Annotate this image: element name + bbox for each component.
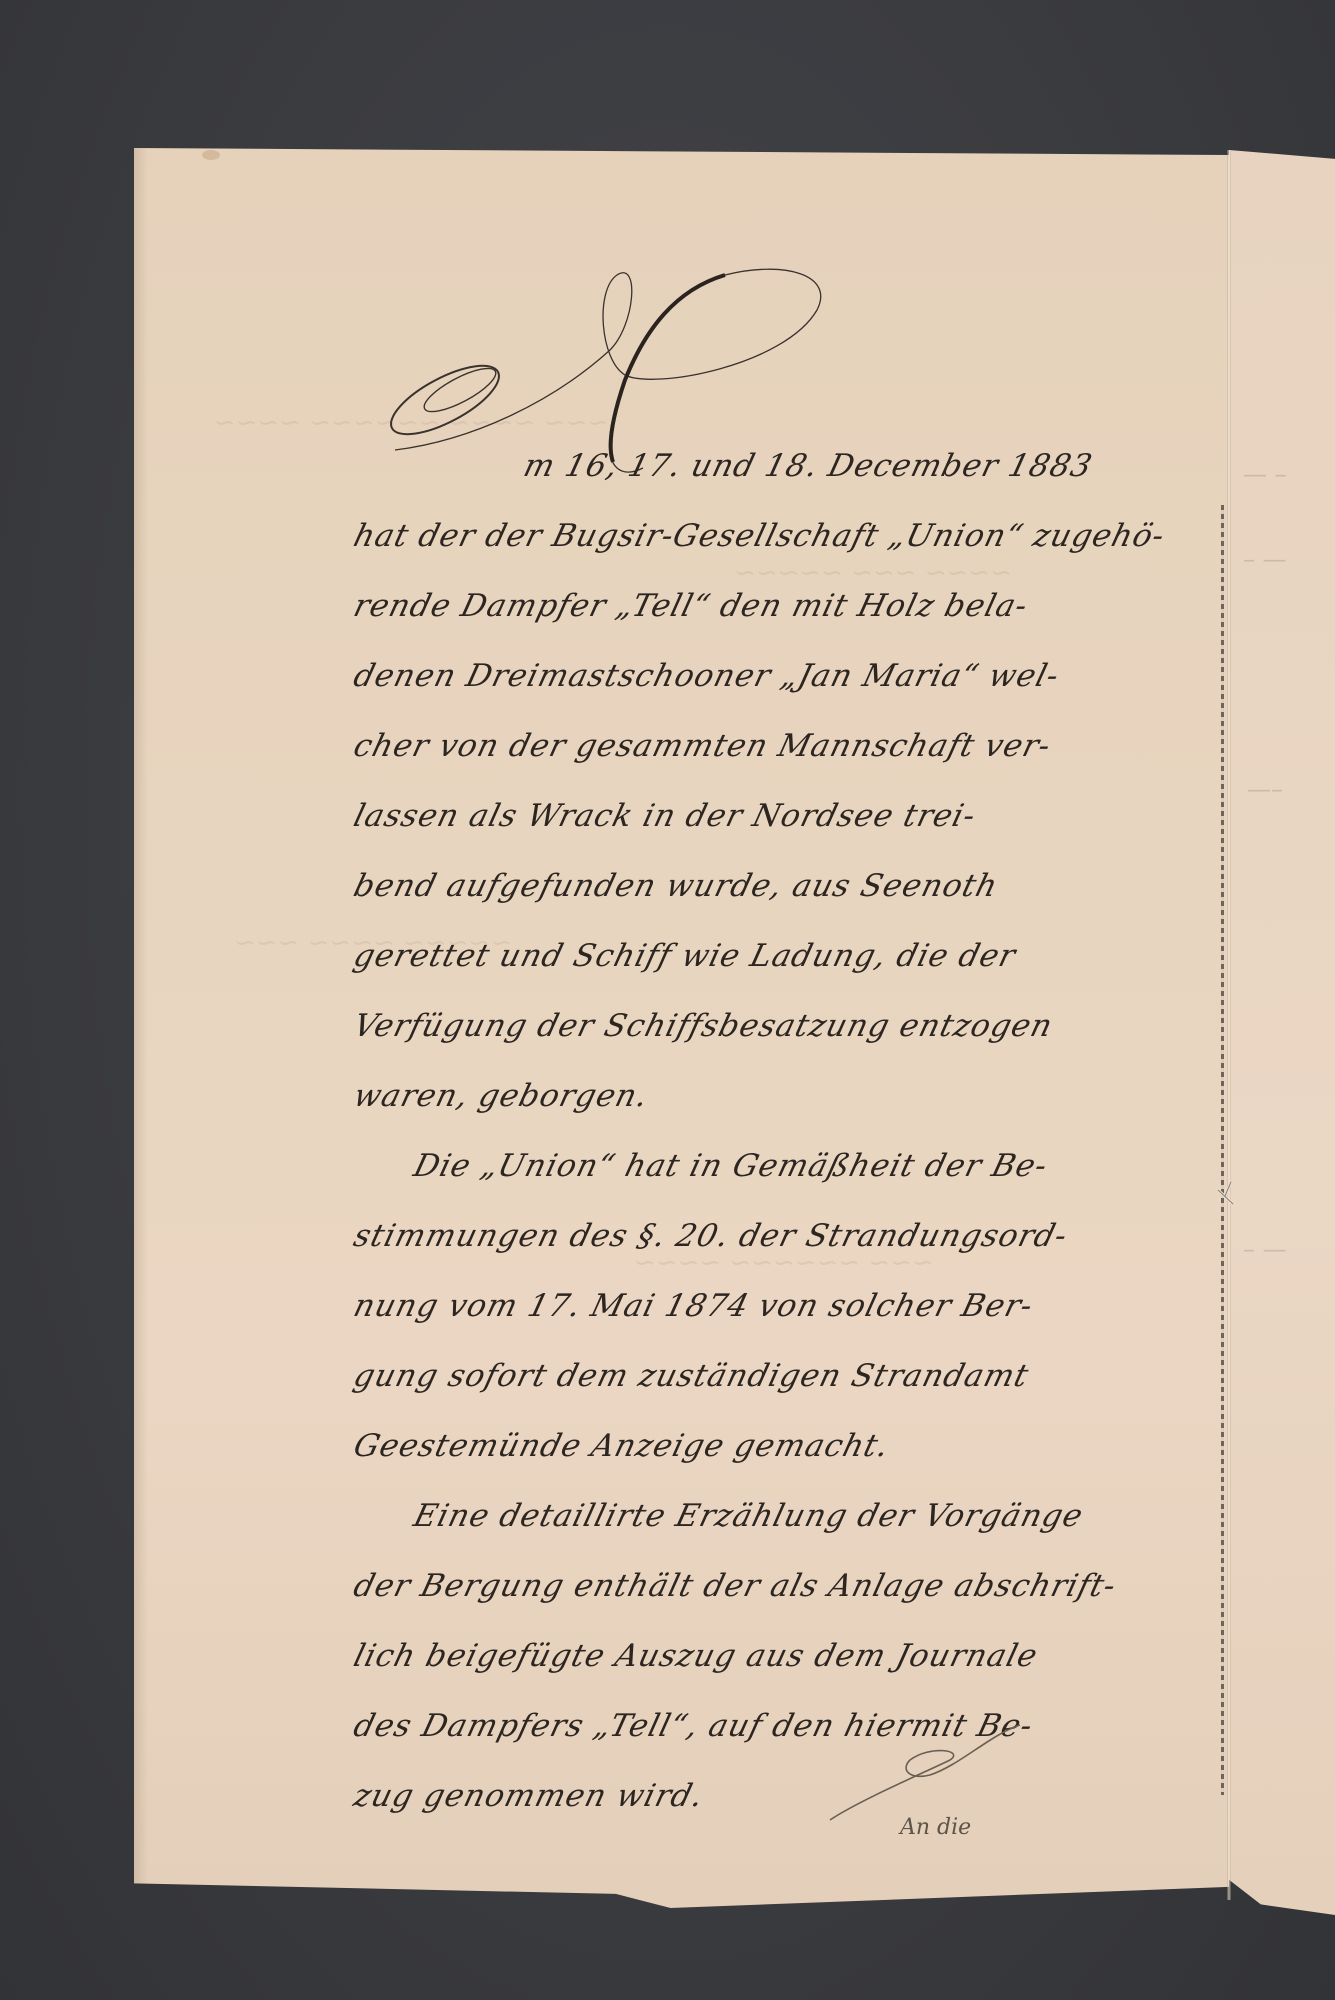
paper-stain (202, 150, 220, 160)
letter-line-18: lich beigefügte Auszug aus dem Journale (350, 1638, 1042, 1674)
signature-text: An die (900, 1815, 971, 1840)
letter-line-2: hat der der Bugsir-Gesellschaft „Union“ … (350, 518, 1169, 554)
letter-line-7: bend aufgefunden wurde, aus Seenoth (350, 868, 1002, 904)
letter-line-12: stimmungen des §. 20. der Strandungsord- (350, 1218, 1071, 1254)
letter-line-1: m 16, 17. und 18. December 1883 (520, 448, 1096, 484)
right-page: — – – — —– – — (1229, 150, 1335, 1915)
letter-line-10: waren, geborgen. (350, 1078, 652, 1114)
page-edge-shadow (134, 148, 148, 1908)
letter-line-20: zug genommen wird. (350, 1778, 708, 1814)
bleed-through-text: ~~~~ ~~~ ~~~~~ (734, 558, 1012, 588)
signature-flourish (820, 1715, 1030, 1825)
right-page-faint-text: — – (1243, 460, 1287, 488)
letter-line-15: Geestemünde Anzeige gemacht. (350, 1428, 893, 1464)
letter-line-11: Die „Union“ hat in Gemäßheit der Be- (410, 1148, 1052, 1184)
letter-line-14: gung sofort dem zuständigen Strandamt (350, 1358, 1033, 1394)
letter-line-8: gerettet und Schiff wie Ladung, die der (350, 938, 1020, 974)
letter-line-4: denen Dreimastschooner „Jan Maria“ wel- (350, 658, 1063, 694)
letter-line-16: Eine detaillirte Erzählung der Vorgänge (410, 1498, 1087, 1534)
letter-line-17: der Bergung enthält der als Anlage absch… (350, 1568, 1120, 1604)
right-page-faint-text: – — (1243, 1235, 1287, 1263)
letter-line-6: lassen als Wrack in der Nordsee trei- (350, 798, 980, 834)
right-page-faint-text: – — (1243, 545, 1287, 573)
letter-line-13: nung vom 17. Mai 1874 von solcher Ber- (350, 1288, 1037, 1324)
right-page-faint-text: —– (1247, 775, 1283, 803)
letter-line-9: Verfügung der Schiffsbesatzung entzogen (350, 1008, 1057, 1044)
thread-knot-icon (1215, 1180, 1237, 1210)
binding-thread (1221, 505, 1224, 1795)
letter-line-3: rende Dampfer „Tell“ den mit Holz bela- (350, 588, 1032, 624)
page-fold (1227, 150, 1231, 1900)
letter-line-5: cher von der gesammten Mannschaft ver- (350, 728, 1055, 764)
